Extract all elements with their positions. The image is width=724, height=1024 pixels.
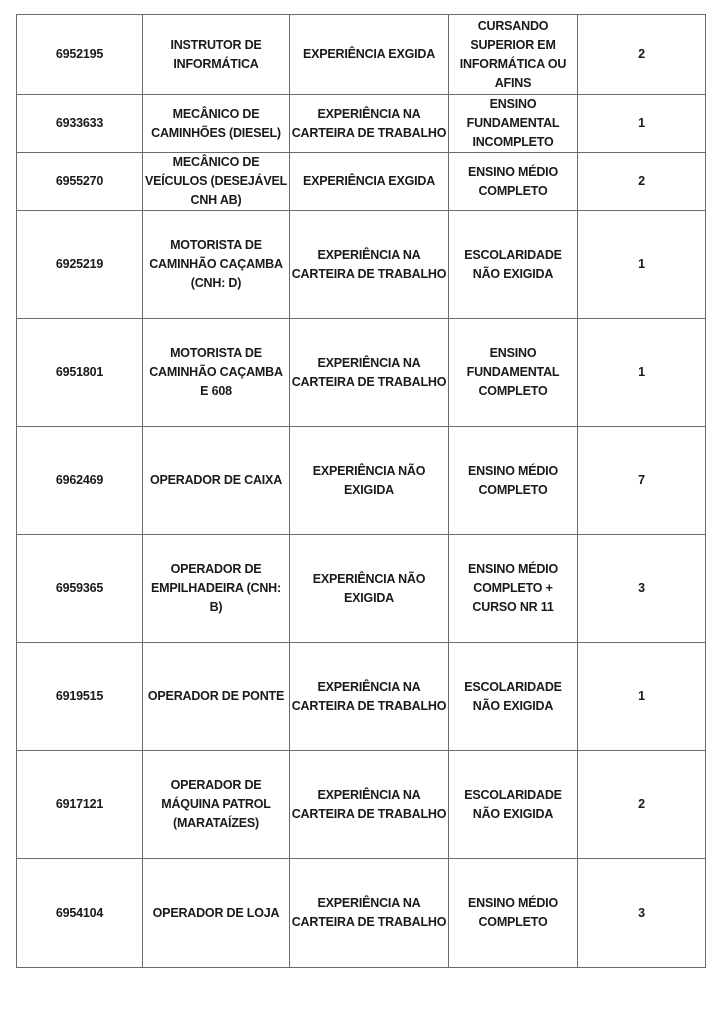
- education-requirement-cell: ESCOLARIDADENÃO EXIGIDA: [449, 211, 578, 319]
- vacancy-count-cell: 7: [578, 427, 706, 535]
- job-title-line: MECÂNICO DE: [144, 105, 288, 124]
- job-title-cell: MECÂNICO DEVEÍCULOS (DESEJÁVELCNH AB): [143, 153, 290, 211]
- job-title-line: INFORMÁTICA: [144, 55, 288, 74]
- job-title-cell: OPERADOR DEMÁQUINA PATROL(MARATAÍZES): [143, 751, 290, 859]
- experience-requirement-cell: EXPERIÊNCIA NACARTEIRA DE TRABALHO: [290, 859, 449, 968]
- job-title-line: OPERADOR DE CAIXA: [144, 471, 288, 490]
- experience-requirement-line: EXPERIÊNCIA NA: [291, 105, 447, 124]
- education-requirement-line: ESCOLARIDADE: [450, 786, 576, 805]
- education-requirement-line: COMPLETO: [450, 182, 576, 201]
- experience-requirement-cell: EXPERIÊNCIA NACARTEIRA DE TRABALHO: [290, 751, 449, 859]
- job-title-line: OPERADOR DE PONTE: [144, 687, 288, 706]
- experience-requirement-cell: EXPERIÊNCIA NACARTEIRA DE TRABALHO: [290, 643, 449, 751]
- experience-requirement-cell: EXPERIÊNCIA NÃOEXIGIDA: [290, 535, 449, 643]
- job-code-cell: 6917121: [17, 751, 143, 859]
- table-row: 6962469OPERADOR DE CAIXAEXPERIÊNCIA NÃOE…: [17, 427, 706, 535]
- job-code-cell: 6925219: [17, 211, 143, 319]
- job-code-cell: 6959365: [17, 535, 143, 643]
- experience-requirement-cell: EXPERIÊNCIA NACARTEIRA DE TRABALHO: [290, 95, 449, 153]
- education-requirement-cell: ENSINOFUNDAMENTALCOMPLETO: [449, 319, 578, 427]
- job-title-line: B): [144, 598, 288, 617]
- experience-requirement-cell: EXPERIÊNCIA NACARTEIRA DE TRABALHO: [290, 319, 449, 427]
- experience-requirement-line: CARTEIRA DE TRABALHO: [291, 373, 447, 392]
- education-requirement-cell: CURSANDOSUPERIOR EMINFORMÁTICA OUAFINS: [449, 15, 578, 95]
- job-title-line: MECÂNICO DE: [144, 153, 288, 172]
- experience-requirement-line: EXIGIDA: [291, 481, 447, 500]
- education-requirement-line: NÃO EXIGIDA: [450, 265, 576, 284]
- vacancy-count-cell: 2: [578, 153, 706, 211]
- job-code-cell: 6955270: [17, 153, 143, 211]
- job-title-line: E 608: [144, 382, 288, 401]
- experience-requirement-line: CARTEIRA DE TRABALHO: [291, 805, 447, 824]
- table-row: 6951801MOTORISTA DECAMINHÃO CAÇAMBAE 608…: [17, 319, 706, 427]
- job-code-cell: 6919515: [17, 643, 143, 751]
- job-title-line: MÁQUINA PATROL: [144, 795, 288, 814]
- education-requirement-line: FUNDAMENTAL: [450, 114, 576, 133]
- job-title-line: (MARATAÍZES): [144, 814, 288, 833]
- job-title-cell: OPERADOR DE CAIXA: [143, 427, 290, 535]
- job-code-cell: 6951801: [17, 319, 143, 427]
- job-title-line: OPERADOR DE: [144, 776, 288, 795]
- education-requirement-line: AFINS: [450, 74, 576, 93]
- job-title-cell: OPERADOR DE LOJA: [143, 859, 290, 968]
- job-title-line: INSTRUTOR DE: [144, 36, 288, 55]
- table-row: 6954104OPERADOR DE LOJAEXPERIÊNCIA NACAR…: [17, 859, 706, 968]
- education-requirement-line: ESCOLARIDADE: [450, 246, 576, 265]
- vacancy-count-cell: 1: [578, 643, 706, 751]
- experience-requirement-cell: EXPERIÊNCIA NÃOEXIGIDA: [290, 427, 449, 535]
- experience-requirement-line: CARTEIRA DE TRABALHO: [291, 913, 447, 932]
- job-title-cell: OPERADOR DEEMPILHADEIRA (CNH:B): [143, 535, 290, 643]
- job-title-line: CNH AB): [144, 191, 288, 210]
- education-requirement-line: CURSO NR 11: [450, 598, 576, 617]
- job-title-line: CAMINHÕES (DIESEL): [144, 124, 288, 143]
- job-title-line: OPERADOR DE LOJA: [144, 904, 288, 923]
- job-title-cell: MOTORISTA DECAMINHÃO CAÇAMBAE 608: [143, 319, 290, 427]
- education-requirement-line: INFORMÁTICA OU: [450, 55, 576, 74]
- job-title-line: CAMINHÃO CAÇAMBA: [144, 363, 288, 382]
- experience-requirement-line: CARTEIRA DE TRABALHO: [291, 697, 447, 716]
- job-vacancies-table: 6952195INSTRUTOR DEINFORMÁTICAEXPERIÊNCI…: [16, 14, 706, 968]
- table-row: 6952195INSTRUTOR DEINFORMÁTICAEXPERIÊNCI…: [17, 15, 706, 95]
- education-requirement-line: ENSINO MÉDIO: [450, 462, 576, 481]
- education-requirement-line: NÃO EXIGIDA: [450, 805, 576, 824]
- education-requirement-line: ENSINO: [450, 344, 576, 363]
- job-title-cell: INSTRUTOR DEINFORMÁTICA: [143, 15, 290, 95]
- job-title-cell: OPERADOR DE PONTE: [143, 643, 290, 751]
- education-requirement-line: ESCOLARIDADE: [450, 678, 576, 697]
- experience-requirement-line: EXPERIÊNCIA NÃO: [291, 462, 447, 481]
- table-row: 6919515OPERADOR DE PONTEEXPERIÊNCIA NACA…: [17, 643, 706, 751]
- job-title-line: (CNH: D): [144, 274, 288, 293]
- job-code-cell: 6954104: [17, 859, 143, 968]
- education-requirement-line: ENSINO MÉDIO: [450, 894, 576, 913]
- vacancy-count-cell: 2: [578, 751, 706, 859]
- education-requirement-cell: ENSINO MÉDIOCOMPLETO: [449, 427, 578, 535]
- education-requirement-line: NÃO EXIGIDA: [450, 697, 576, 716]
- vacancy-count-cell: 1: [578, 211, 706, 319]
- job-code-cell: 6933633: [17, 95, 143, 153]
- experience-requirement-line: EXPERIÊNCIA EXGIDA: [291, 45, 447, 64]
- experience-requirement-line: CARTEIRA DE TRABALHO: [291, 124, 447, 143]
- education-requirement-cell: ENSINO MÉDIOCOMPLETO: [449, 859, 578, 968]
- job-title-line: EMPILHADEIRA (CNH:: [144, 579, 288, 598]
- education-requirement-cell: ESCOLARIDADENÃO EXIGIDA: [449, 751, 578, 859]
- table-row: 6959365OPERADOR DEEMPILHADEIRA (CNH:B)EX…: [17, 535, 706, 643]
- job-title-line: MOTORISTA DE: [144, 236, 288, 255]
- education-requirement-cell: ESCOLARIDADENÃO EXIGIDA: [449, 643, 578, 751]
- education-requirement-line: ENSINO: [450, 95, 576, 114]
- experience-requirement-line: EXPERIÊNCIA NÃO: [291, 570, 447, 589]
- job-title-cell: MECÂNICO DECAMINHÕES (DIESEL): [143, 95, 290, 153]
- job-code-cell: 6952195: [17, 15, 143, 95]
- experience-requirement-cell: EXPERIÊNCIA EXGIDA: [290, 153, 449, 211]
- table-row: 6925219MOTORISTA DECAMINHÃO CAÇAMBA(CNH:…: [17, 211, 706, 319]
- education-requirement-line: COMPLETO +: [450, 579, 576, 598]
- education-requirement-line: ENSINO MÉDIO: [450, 163, 576, 182]
- table-row: 6933633MECÂNICO DECAMINHÕES (DIESEL)EXPE…: [17, 95, 706, 153]
- experience-requirement-line: EXIGIDA: [291, 589, 447, 608]
- experience-requirement-line: EXPERIÊNCIA EXGIDA: [291, 172, 447, 191]
- job-title-line: OPERADOR DE: [144, 560, 288, 579]
- experience-requirement-cell: EXPERIÊNCIA EXGIDA: [290, 15, 449, 95]
- education-requirement-line: INCOMPLETO: [450, 133, 576, 152]
- experience-requirement-line: EXPERIÊNCIA NA: [291, 678, 447, 697]
- job-title-cell: MOTORISTA DECAMINHÃO CAÇAMBA(CNH: D): [143, 211, 290, 319]
- experience-requirement-cell: EXPERIÊNCIA NACARTEIRA DE TRABALHO: [290, 211, 449, 319]
- education-requirement-line: ENSINO MÉDIO: [450, 560, 576, 579]
- education-requirement-line: CURSANDO: [450, 17, 576, 36]
- experience-requirement-line: EXPERIÊNCIA NA: [291, 786, 447, 805]
- education-requirement-line: COMPLETO: [450, 913, 576, 932]
- education-requirement-cell: ENSINOFUNDAMENTALINCOMPLETO: [449, 95, 578, 153]
- education-requirement-cell: ENSINO MÉDIOCOMPLETO: [449, 153, 578, 211]
- job-title-line: CAMINHÃO CAÇAMBA: [144, 255, 288, 274]
- vacancy-count-cell: 3: [578, 859, 706, 968]
- experience-requirement-line: EXPERIÊNCIA NA: [291, 246, 447, 265]
- job-vacancies-table-body: 6952195INSTRUTOR DEINFORMÁTICAEXPERIÊNCI…: [17, 15, 706, 968]
- experience-requirement-line: EXPERIÊNCIA NA: [291, 354, 447, 373]
- job-code-cell: 6962469: [17, 427, 143, 535]
- education-requirement-line: SUPERIOR EM: [450, 36, 576, 55]
- job-title-line: VEÍCULOS (DESEJÁVEL: [144, 172, 288, 191]
- vacancy-count-cell: 1: [578, 319, 706, 427]
- education-requirement-line: COMPLETO: [450, 382, 576, 401]
- table-row: 6955270MECÂNICO DEVEÍCULOS (DESEJÁVELCNH…: [17, 153, 706, 211]
- education-requirement-line: FUNDAMENTAL: [450, 363, 576, 382]
- table-row: 6917121OPERADOR DEMÁQUINA PATROL(MARATAÍ…: [17, 751, 706, 859]
- education-requirement-line: COMPLETO: [450, 481, 576, 500]
- experience-requirement-line: EXPERIÊNCIA NA: [291, 894, 447, 913]
- vacancy-count-cell: 1: [578, 95, 706, 153]
- job-title-line: MOTORISTA DE: [144, 344, 288, 363]
- vacancy-count-cell: 2: [578, 15, 706, 95]
- education-requirement-cell: ENSINO MÉDIOCOMPLETO +CURSO NR 11: [449, 535, 578, 643]
- experience-requirement-line: CARTEIRA DE TRABALHO: [291, 265, 447, 284]
- vacancy-count-cell: 3: [578, 535, 706, 643]
